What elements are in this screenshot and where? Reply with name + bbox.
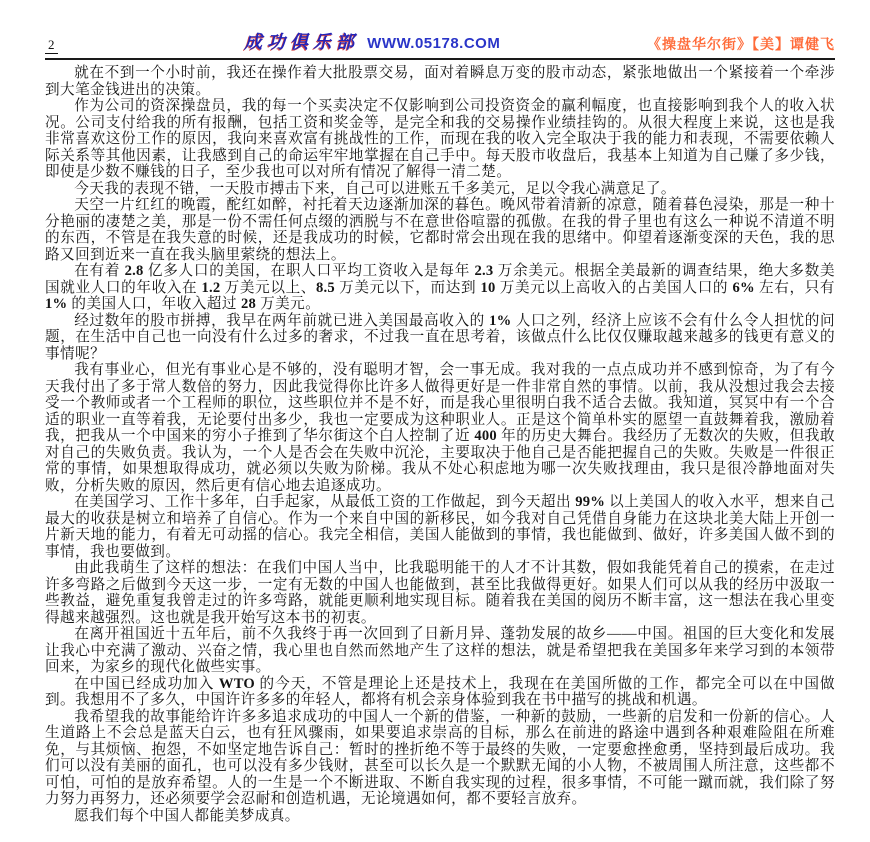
site-url-text: WWW.05178.COM	[367, 35, 500, 52]
paragraph: 就在不到一个小时前，我还在操作着大批股票交易，面对着瞬息万变的股市动态，紧张地做…	[45, 65, 835, 98]
text-segment: 万美元以上、	[220, 280, 316, 296]
paragraph: 在中国已经成功加入 WTO 的今天，不管是理论上还是技术上，我现在在美国所做的工…	[45, 676, 835, 709]
text-segment: 愿我们每个中国人都能美梦成真。	[74, 808, 300, 824]
document-page: 2 成功俱乐部 WWW.05178.COM 《操盘华尔街》【美】谭健飞 就在不到…	[0, 0, 870, 842]
text-segment: 左右，只有	[755, 280, 835, 296]
bold-number: 8.5	[316, 280, 335, 296]
bold-number: 2.8	[125, 263, 144, 279]
paragraph: 在离开祖国近十五年后，前不久我终于再一次回到了日新月异、蓬勃发展的故乡——中国。…	[45, 626, 835, 676]
site-banner: 成功俱乐部 WWW.05178.COM	[244, 28, 500, 54]
book-title-author: 《操盘华尔街》【美】谭健飞	[647, 34, 835, 54]
bold-number: 400	[474, 428, 497, 444]
text-segment: 在有着	[74, 263, 124, 279]
paragraph: 今天我的表现不错，一天股市搏击下来，自己可以进账五千多美元，足以令我心满意足了。	[45, 181, 835, 198]
bold-number: 1.2	[202, 280, 221, 296]
paragraph: 天空一片红红的晚霞，酡红如醉，衬托着天边逐渐加深的暮色。晚风带着清新的凉意，随着…	[45, 197, 835, 263]
paragraph: 在有着 2.8 亿多人口的美国，在职人口平均工资收入是每年 2.3 万余美元。根…	[45, 263, 835, 313]
paragraph: 在美国学习、工作十多年，白手起家，从最低工资的工作做起，到今天超出 99% 以上…	[45, 494, 835, 560]
bold-number: 99%	[575, 494, 605, 510]
bold-number: 1%	[489, 313, 511, 329]
bold-number: 2.3	[474, 263, 493, 279]
text-segment: 今天我的表现不错，一天股市搏击下来，自己可以进账五千多美元，足以令我心满意足了。	[74, 181, 676, 197]
text-segment: 亿多人口的美国，在职人口平均工资收入是每年	[143, 263, 474, 279]
text-segment: 万美元。	[256, 296, 320, 312]
text-segment: 万美元以下，而达到	[335, 280, 481, 296]
paragraph: 愿我们每个中国人都能美梦成真。	[45, 808, 835, 825]
paragraph: 我希望我的故事能给许许多多追求成功的中国人一个新的借鉴，一种新的鼓励，一些新的启…	[45, 709, 835, 808]
bold-number: WTO	[219, 676, 255, 692]
bold-number: 1%	[45, 296, 67, 312]
bold-number: 28	[241, 296, 256, 312]
club-logo-text: 成功俱乐部	[244, 28, 359, 54]
paragraph: 由此我萌生了这样的想法：在我们中国人当中，比我聪明能干的人才不计其数，假如我能凭…	[45, 560, 835, 626]
document-body: 就在不到一个小时前，我还在操作着大批股票交易，面对着瞬息万变的股市动态，紧张地做…	[45, 65, 835, 824]
page-number: 2	[45, 38, 58, 54]
text-segment: 经过数年的股市拼搏，我早在两年前就已进入美国最高收入的	[74, 313, 489, 329]
paragraph: 作为公司的资深操盘员，我的每一个买卖决定不仅影响到公司投资资金的赢利幅度，也直接…	[45, 98, 835, 181]
text-segment: 万美元以上高收入的占美国人口的	[495, 280, 732, 296]
text-segment: 在中国已经成功加入	[74, 676, 219, 692]
text-segment: 作为公司的资深操盘员，我的每一个买卖决定不仅影响到公司投资资金的赢利幅度，也直接…	[45, 98, 835, 180]
text-segment: 在离开祖国近十五年后，前不久我终于再一次回到了日新月异、蓬勃发展的故乡——中国。…	[45, 626, 835, 675]
text-segment: 在美国学习、工作十多年，白手起家，从最低工资的工作做起，到今天超出	[74, 494, 575, 510]
text-segment: 由此我萌生了这样的想法：在我们中国人当中，比我聪明能干的人才不计其数，假如我能凭…	[45, 560, 835, 626]
paragraph: 我有事业心，但光有事业心是不够的，没有聪明才智，会一事无成。我对我的一点点成功并…	[45, 362, 835, 494]
bold-number: 10	[480, 280, 495, 296]
text-segment: 的美国人口，年收入超过	[67, 296, 241, 312]
bold-number: 6%	[732, 280, 754, 296]
paragraph: 经过数年的股市拼搏，我早在两年前就已进入美国最高收入的 1% 人口之列，经济上应…	[45, 313, 835, 363]
text-segment: 就在不到一个小时前，我还在操作着大批股票交易，面对着瞬息万变的股市动态，紧张地做…	[45, 65, 835, 98]
page-header: 2 成功俱乐部 WWW.05178.COM 《操盘华尔街》【美】谭健飞	[45, 28, 835, 60]
text-segment: 我希望我的故事能给许许多多追求成功的中国人一个新的借鉴，一种新的鼓励，一些新的启…	[45, 709, 835, 808]
text-segment: 天空一片红红的晚霞，酡红如醉，衬托着天边逐渐加深的暮色。晚风带着清新的凉意，随着…	[45, 197, 835, 263]
